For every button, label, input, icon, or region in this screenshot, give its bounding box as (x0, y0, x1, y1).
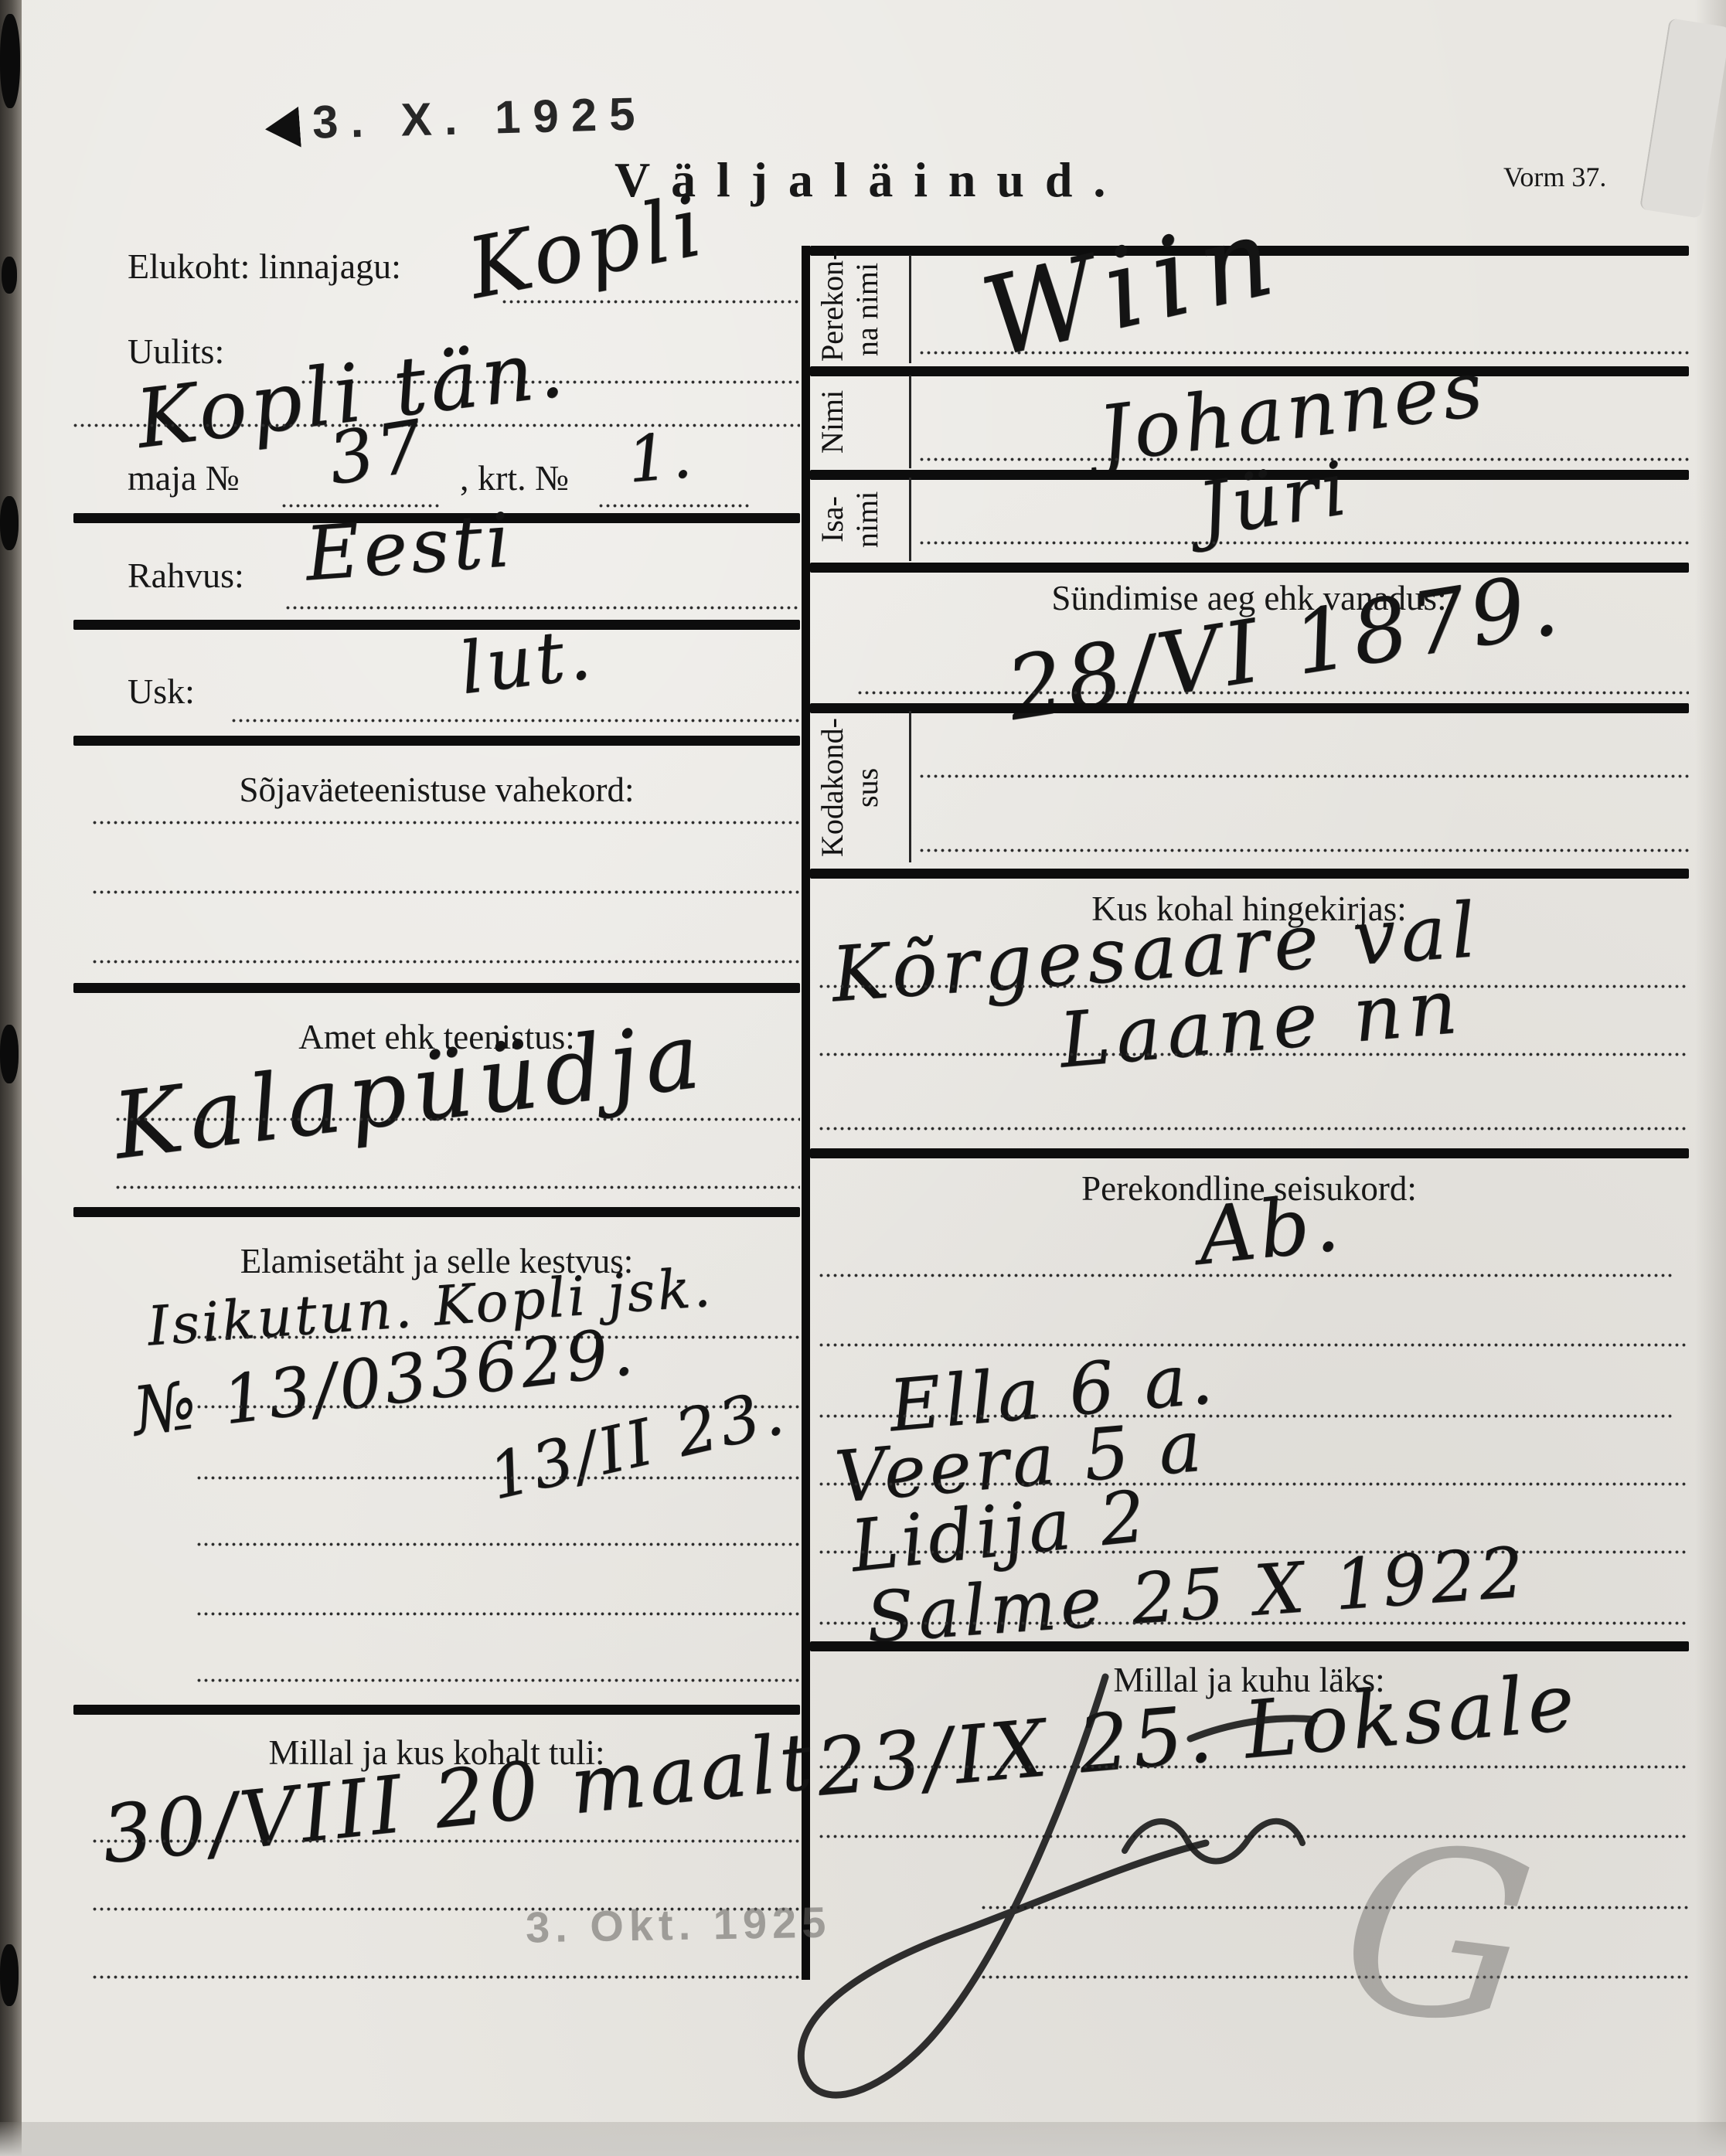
dotted-line (599, 504, 750, 508)
label-separator-rule (909, 711, 911, 862)
dotted-line (920, 541, 1689, 545)
dotted-line (116, 1117, 800, 1121)
binding-ink-blob (0, 14, 20, 108)
handwritten-rahvus: Eesti (302, 497, 516, 598)
handwritten-seisukord: Ab. (1193, 1177, 1346, 1284)
dotted-line (920, 848, 1689, 852)
binding-ink-blob (0, 496, 19, 550)
dotted-line (819, 1274, 1673, 1277)
section-rule (73, 1705, 800, 1715)
binding-ink-blob (0, 1025, 19, 1083)
handwritten-elukoht: Kopli (461, 178, 713, 318)
dotted-line (819, 1343, 1689, 1347)
handwritten-maja-nr: 37 (322, 404, 431, 501)
field-label-usk: Usk: (128, 671, 195, 712)
field-label-elukoht: Elukoht: linnajagu: (128, 246, 401, 287)
field-label-maja: maja № (128, 457, 240, 498)
dotted-line (93, 1975, 800, 1979)
dotted-line (858, 691, 1689, 695)
scanned-form-page: 3. X. 1925 Väljaläinud. Vorm 37. Elukoht… (0, 0, 1726, 2156)
section-rule (73, 620, 800, 630)
field-label-krt: , krt. № (460, 457, 569, 498)
rotated-label-perekonnanimi: Perekon- na nimi (815, 257, 902, 362)
label-separator-rule (909, 478, 911, 561)
rotated-label-isanimi: Isa- nimi (815, 479, 902, 559)
handwritten-krt-nr: 1. (625, 418, 697, 497)
form-number: Vorm 37. (1503, 161, 1606, 193)
stamp-arrow-mark (260, 104, 301, 152)
section-rule (73, 1207, 800, 1217)
paper-right-edge (1695, 0, 1726, 2156)
dotted-line (819, 1127, 1689, 1131)
section-rule (810, 563, 1689, 573)
binding-ink-blob (2, 257, 17, 294)
dotted-line (232, 719, 800, 723)
dotted-line (93, 960, 800, 964)
rotated-label-kodakondsus: Kodakond- sus (815, 714, 902, 861)
section-rule (810, 703, 1689, 713)
section-rule (810, 869, 1689, 879)
dotted-line (197, 1542, 800, 1546)
dotted-line (286, 606, 800, 610)
dotted-line (920, 351, 1689, 355)
dotted-line (819, 1414, 1673, 1418)
dotted-line (920, 774, 1689, 778)
heading-sojavaeteenistus: Sõjaväeteenistuse vahekord: (73, 770, 800, 810)
date-stamp-top: 3. X. 1925 (311, 87, 648, 148)
dotted-line (197, 1678, 800, 1682)
section-rule (810, 1148, 1689, 1158)
binding-ink-blob (0, 1944, 19, 2006)
dotted-line (197, 1476, 800, 1480)
dotted-line (197, 1612, 800, 1616)
dotted-line (819, 1482, 1689, 1486)
section-rule (73, 983, 800, 993)
label-separator-rule (909, 376, 911, 468)
handwritten-usk: lut. (455, 612, 598, 710)
dotted-line (93, 1839, 800, 1843)
rotated-label-nimi: Nimi (815, 377, 902, 467)
pencil-mark: G (1329, 1790, 1546, 2081)
section-rule (73, 736, 800, 746)
label-separator-rule (909, 255, 911, 363)
dotted-line (819, 1052, 1689, 1056)
dotted-line (93, 821, 800, 825)
dotted-line (93, 890, 800, 894)
field-label-rahvus: Rahvus: (128, 555, 244, 596)
signature-flourish (773, 1607, 1391, 2148)
dotted-line (116, 1185, 800, 1189)
